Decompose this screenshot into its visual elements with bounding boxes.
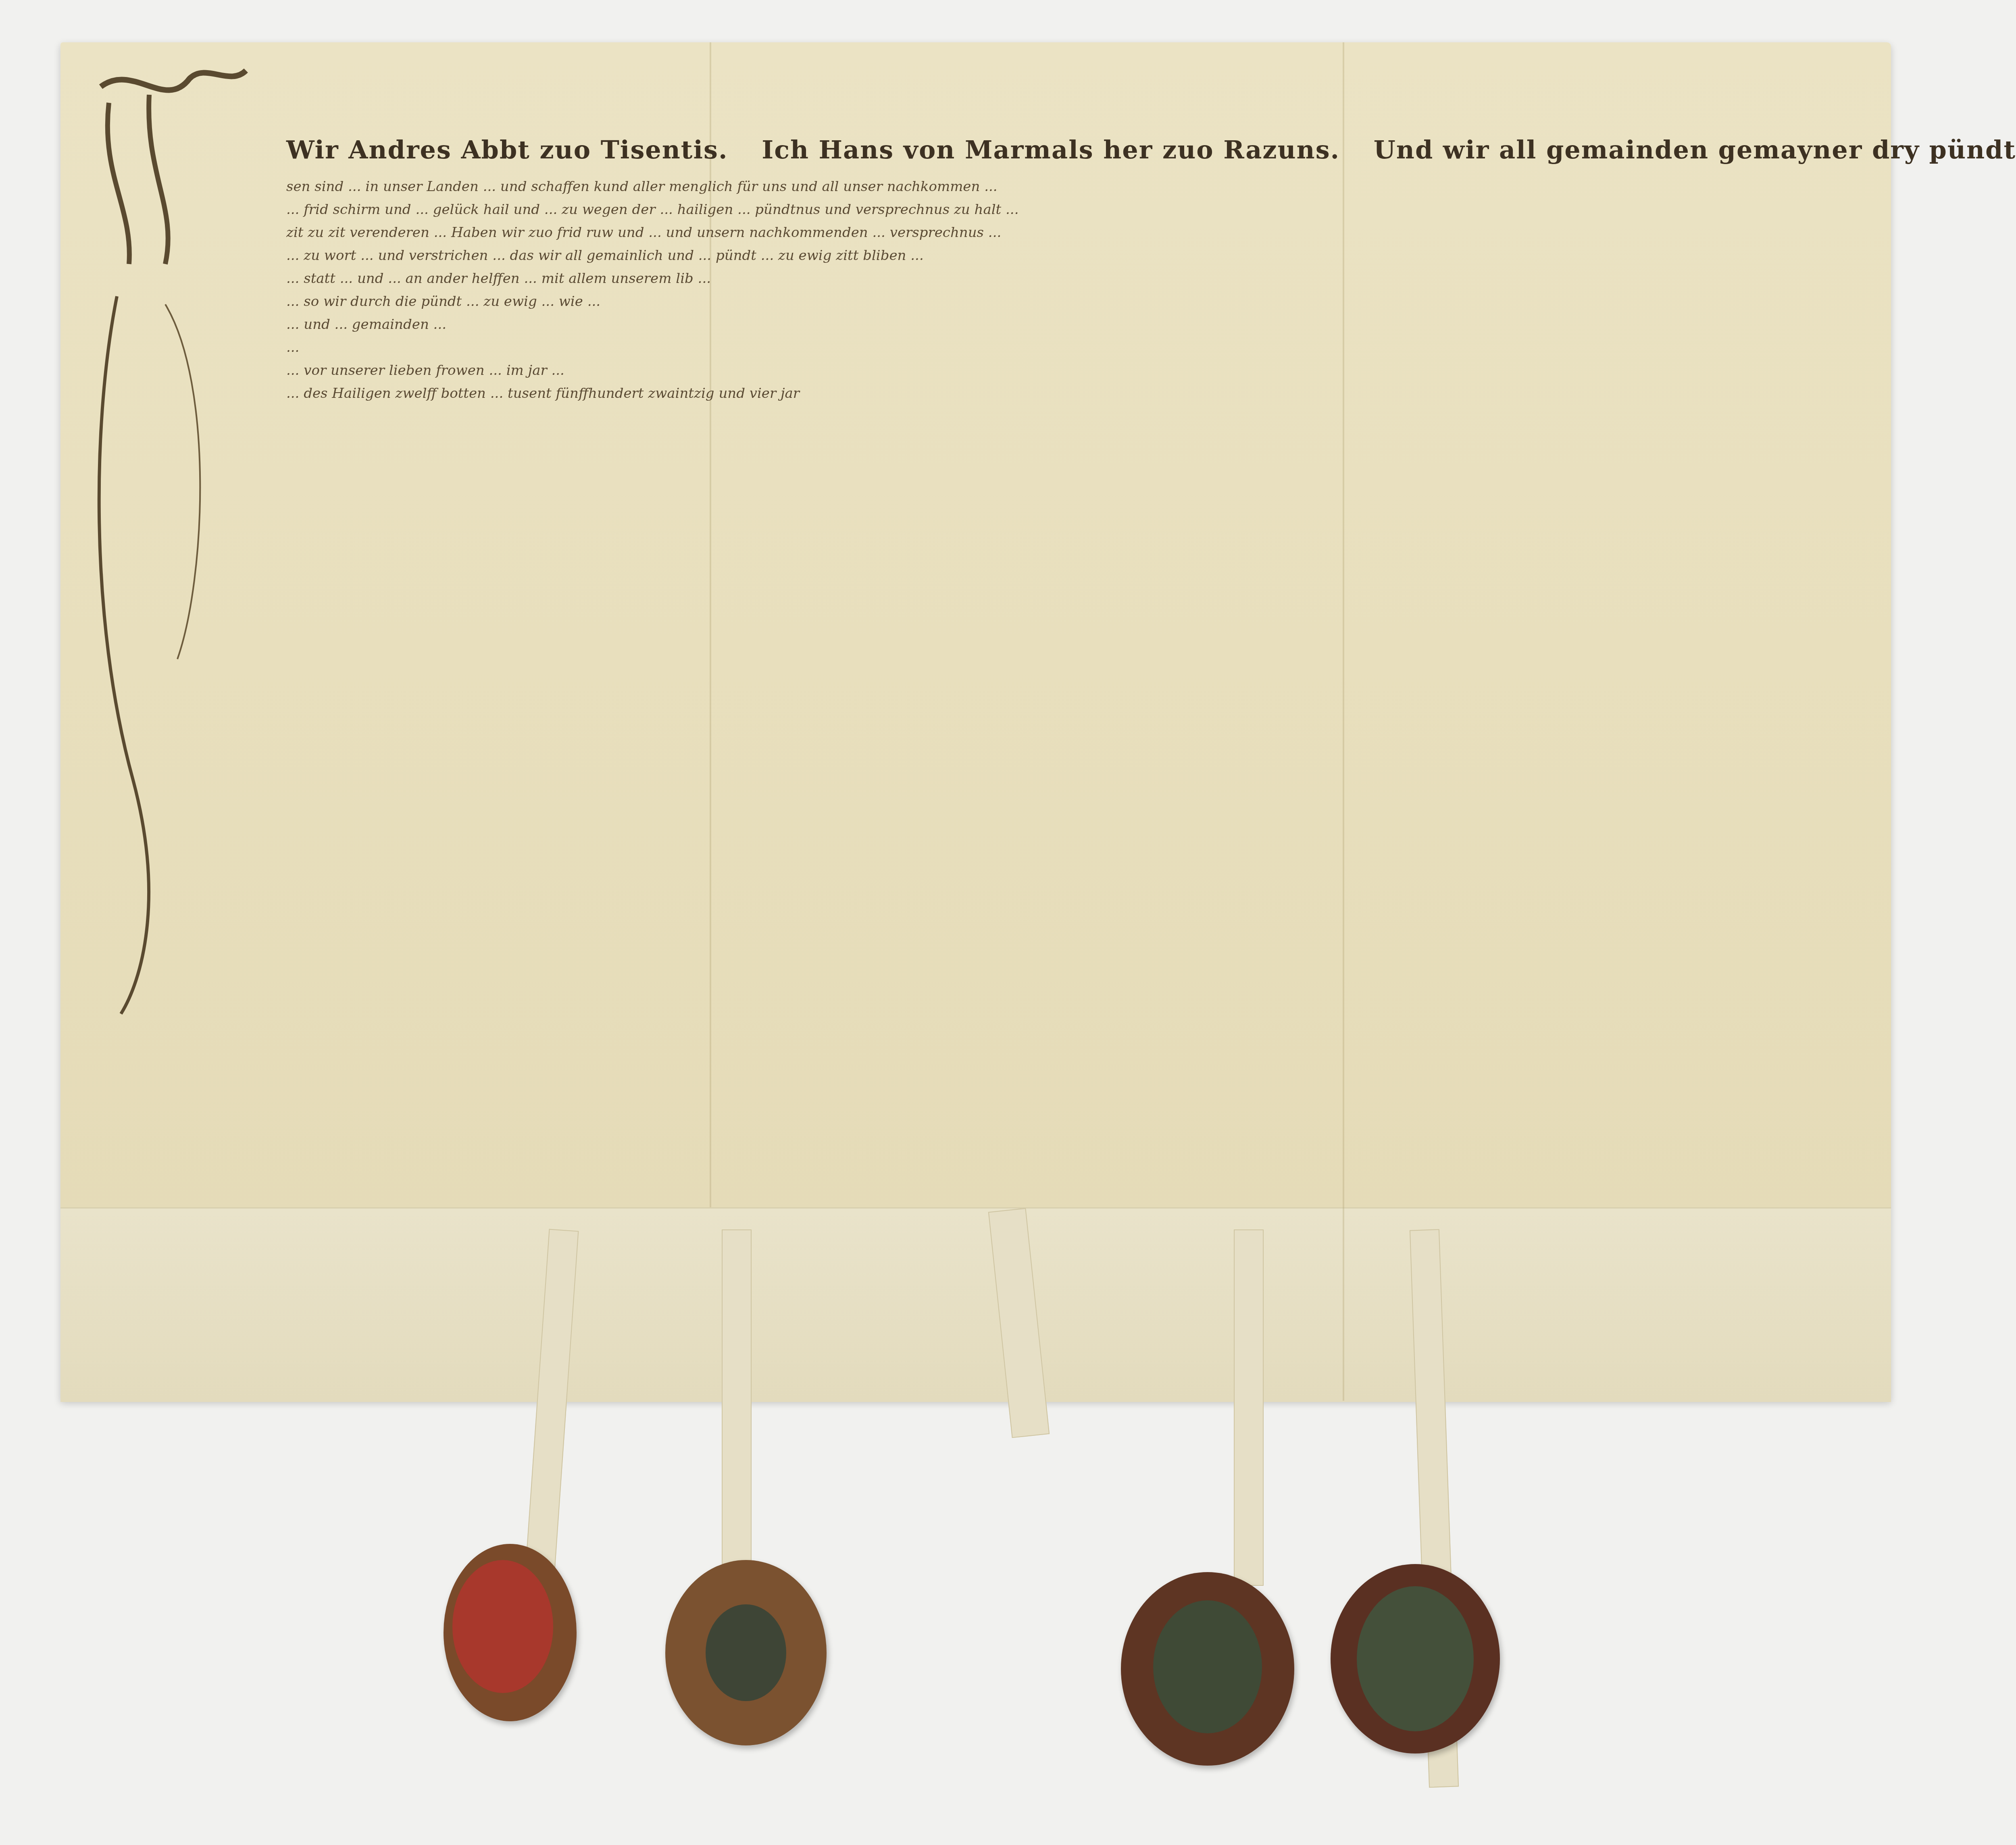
charter-body-text: sen sind ... in unser Landen ... und sch… — [286, 175, 1867, 1231]
body-line: ... vor unserer lieben frowen ... im jar… — [286, 359, 1867, 382]
body-line: ... frid schirm und ... gelück hail und … — [286, 198, 1867, 221]
body-line: ... statt ... und ... an ander helffen .… — [286, 267, 1867, 290]
seal-red — [444, 1544, 577, 1721]
seal-dark-green-3-face — [1357, 1586, 1474, 1731]
seal-strap-3 — [1234, 1229, 1264, 1586]
seal-dark-green-2 — [1121, 1572, 1294, 1766]
heading-segment-3: Und wir all gemainden gemayner dry pündt… — [1374, 135, 2016, 164]
body-line: ... — [286, 336, 1867, 359]
body-line: zit zu zit verenderen ... Haben wir zuo … — [286, 221, 1867, 244]
closing-line: ... des Hailigen zwelff botten ... tusen… — [286, 382, 1867, 405]
body-line: ... und ... gemainden ... — [286, 313, 1867, 336]
seal-dark-green-3 — [1331, 1564, 1500, 1753]
heading-segment-1: Wir Andres Abbt zuo Tisentis. — [286, 135, 728, 164]
decorated-initial-w-icon — [85, 54, 254, 1022]
charter-parchment: Wir Andres Abbt zuo Tisentis. Ich Hans v… — [60, 42, 1891, 1401]
heading-segment-2: Ich Hans von Marmals her zuo Razuns. — [762, 135, 1340, 164]
seal-dark-green-2-face — [1153, 1600, 1262, 1733]
plica-fold — [60, 1207, 1891, 1402]
body-line: sen sind ... in unser Landen ... und sch… — [286, 175, 1867, 198]
body-line: ... zu wort ... und verstrichen ... das … — [286, 244, 1867, 267]
seal-red-face — [452, 1560, 553, 1693]
charter-heading: Wir Andres Abbt zuo Tisentis. Ich Hans v… — [286, 135, 1859, 164]
seal-dark-green-1-face — [706, 1604, 786, 1701]
body-line: ... so wir durch die pündt ... zu ewig .… — [286, 290, 1867, 313]
seal-dark-green-1 — [665, 1560, 827, 1745]
